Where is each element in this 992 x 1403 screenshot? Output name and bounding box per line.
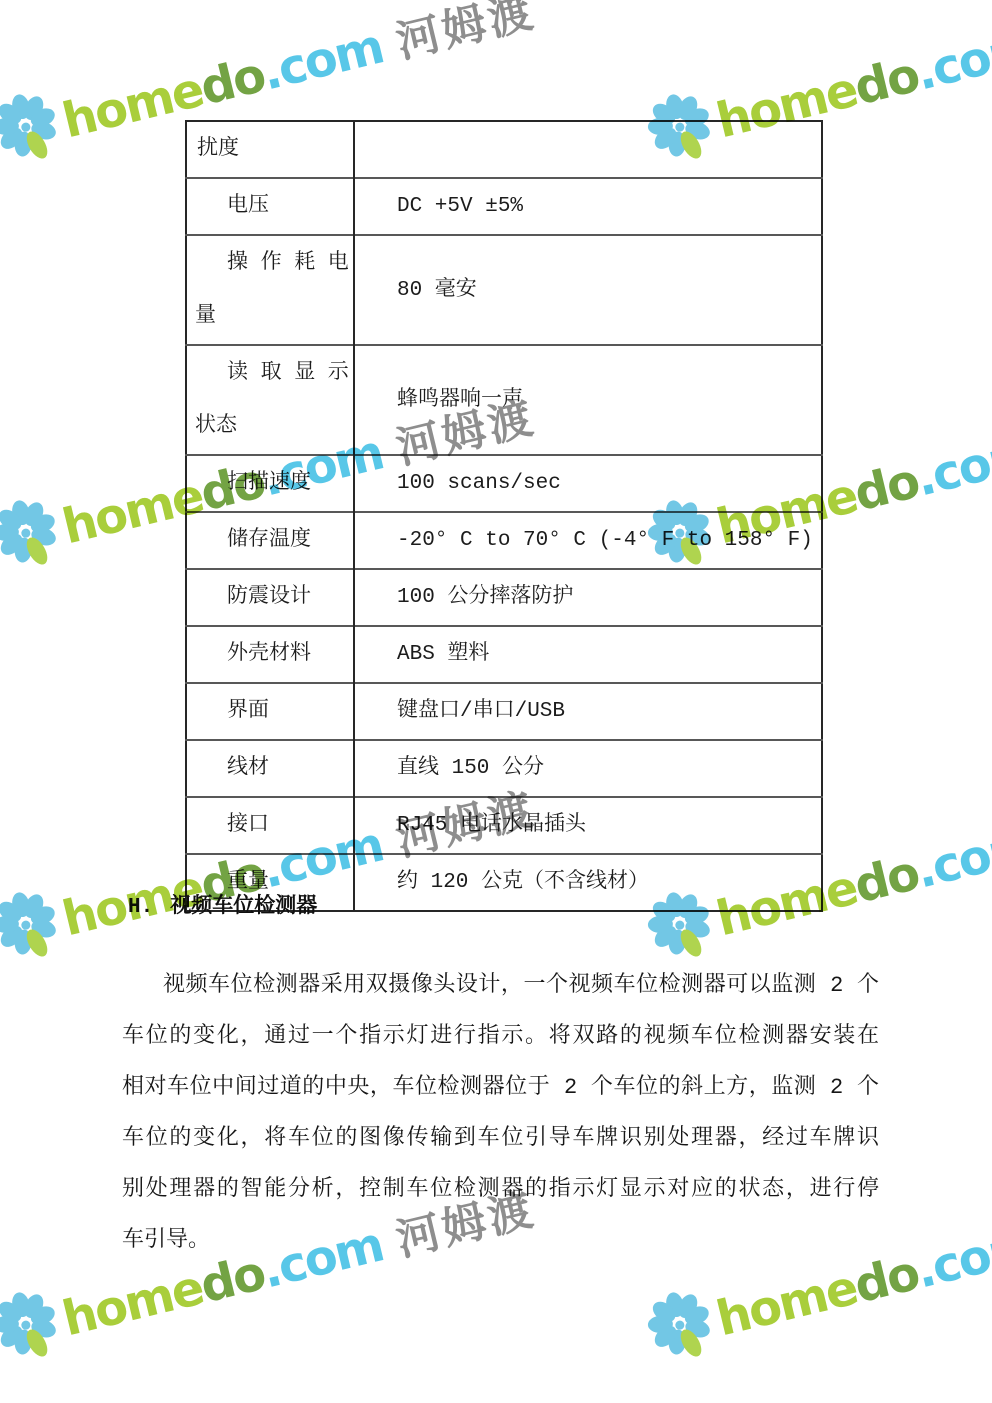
watermark-brand-do: do	[846, 441, 926, 534]
watermark-brand-do: do	[192, 35, 272, 128]
spec-value: DC +5V ±5%	[354, 178, 822, 235]
spec-label: 外壳材料	[186, 626, 354, 683]
spec-value: 键盘口/串口/USB	[354, 683, 822, 740]
spec-value: 直线 150 公分	[354, 740, 822, 797]
spec-value	[354, 121, 822, 178]
spec-label: 防震设计	[186, 569, 354, 626]
paragraph-line: 别处理器的智能分析，控制车位检测器的指示灯显示对应的状态，进行停	[122, 1164, 879, 1215]
watermark-brand-do: do	[846, 35, 926, 128]
spec-value: 约 120 公克（不含线材）	[354, 854, 822, 911]
table-row: 界面 键盘口/串口/USB	[186, 683, 822, 740]
body-paragraph: 视频车位检测器采用双摄像头设计，一个视频车位检测器可以监测 2 个 车位的变化，…	[122, 960, 879, 1266]
homedo-flower-icon	[0, 492, 68, 583]
section-heading: H.视频车位检测器	[128, 889, 317, 919]
homedo-flower-icon	[640, 1284, 722, 1375]
watermark-brand-com: .com	[908, 1205, 992, 1311]
spec-value: 蜂鸣器响一声	[354, 345, 822, 455]
table-row: 外壳材料 ABS 塑料	[186, 626, 822, 683]
watermark-brand-com: .com	[908, 7, 992, 113]
spec-label: 电压	[186, 178, 354, 235]
document-page: 扰度 电压 DC +5V ±5% 操 作 耗 电 量 80 毫安 读 取 显 示…	[0, 0, 992, 1403]
table-row: 接口 RJ45 电话水晶插头	[186, 797, 822, 854]
table-row: 操 作 耗 电 量 80 毫安	[186, 235, 822, 345]
spec-value: -20° C to 70° C (-4° F to 158° F)	[354, 512, 822, 569]
spec-label: 读 取 显 示 状态	[186, 345, 354, 455]
watermark-brand-com: .com	[254, 7, 391, 113]
paragraph-line: 视频车位检测器采用双摄像头设计，一个视频车位检测器可以监测 2 个	[122, 960, 879, 1011]
spec-label: 接口	[186, 797, 354, 854]
section-title: 视频车位检测器	[170, 896, 317, 919]
table-row: 线材 直线 150 公分	[186, 740, 822, 797]
spec-value: 100 scans/sec	[354, 455, 822, 512]
spec-value: 80 毫安	[354, 235, 822, 345]
table-row: 电压 DC +5V ±5%	[186, 178, 822, 235]
table-row: 读 取 显 示 状态 蜂鸣器响一声	[186, 345, 822, 455]
spec-label: 操 作 耗 电 量	[186, 235, 354, 345]
homedo-flower-icon	[0, 1284, 68, 1375]
spec-label: 储存温度	[186, 512, 354, 569]
watermark-brand-com: .com	[908, 805, 992, 911]
homedo-flower-icon	[0, 884, 68, 975]
paragraph-line: 车位的变化，将车位的图像传输到车位引导车牌识别处理器，经过车牌识	[122, 1113, 879, 1164]
spec-label: 界面	[186, 683, 354, 740]
paragraph-line: 车引导。	[122, 1215, 879, 1266]
spec-label: 线材	[186, 740, 354, 797]
spec-label: 扰度	[186, 121, 354, 178]
table-row: 防震设计 100 公分摔落防护	[186, 569, 822, 626]
table-row: 扫描速度 100 scans/sec	[186, 455, 822, 512]
spec-value: ABS 塑料	[354, 626, 822, 683]
spec-label: 扫描速度	[186, 455, 354, 512]
table-row: 储存温度 -20° C to 70° C (-4° F to 158° F)	[186, 512, 822, 569]
spec-value: 100 公分摔落防护	[354, 569, 822, 626]
watermark-brand-do: do	[846, 833, 926, 926]
spec-table: 扰度 电压 DC +5V ±5% 操 作 耗 电 量 80 毫安 读 取 显 示…	[185, 120, 823, 912]
paragraph-line: 相对车位中间过道的中央，车位检测器位于 2 个车位的斜上方，监测 2 个	[122, 1062, 879, 1113]
watermark-brand-cjk: 河姆渡	[388, 0, 544, 83]
watermark-brand-com: .com	[908, 413, 992, 519]
paragraph-line: 车位的变化，通过一个指示灯进行指示。将双路的视频车位检测器安装在	[122, 1011, 879, 1062]
homedo-flower-icon	[0, 86, 68, 177]
section-index: H.	[128, 896, 153, 919]
table-row: 扰度	[186, 121, 822, 178]
spec-value: RJ45 电话水晶插头	[354, 797, 822, 854]
